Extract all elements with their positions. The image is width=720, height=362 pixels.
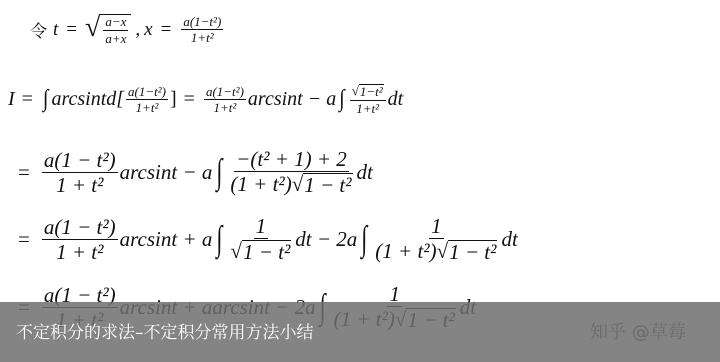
sqrt-expression: √ a−x a+x — [85, 14, 131, 45]
let-label: 令 — [30, 17, 47, 42]
caption-title: 不定积分的求法–不定积分常用方法小结 — [16, 318, 314, 343]
equation-substitution: 令 t = √ a−x a+x , x = a(1−t²) 1+t² — [30, 14, 225, 45]
integral-sign: ∫ — [339, 86, 344, 114]
integral-sign: ∫ — [43, 86, 48, 114]
watermark: 知乎 @草莓 — [590, 318, 686, 344]
integral-sign: ∫ — [216, 218, 222, 260]
integral-sign: ∫ — [216, 151, 222, 193]
integral-sign: ∫ — [361, 218, 367, 260]
equation-integral-by-parts: I = ∫ arcsintd[ a(1−t²) 1+t² ] = a(1−t²)… — [8, 84, 403, 115]
equation-step-3: = a(1 − t²) 1 + t² arcsint − a ∫ −(t² + … — [18, 148, 373, 196]
equation-step-4: = a(1 − t²) 1 + t² arcsint + a ∫ 1 √1 − … — [18, 215, 518, 263]
